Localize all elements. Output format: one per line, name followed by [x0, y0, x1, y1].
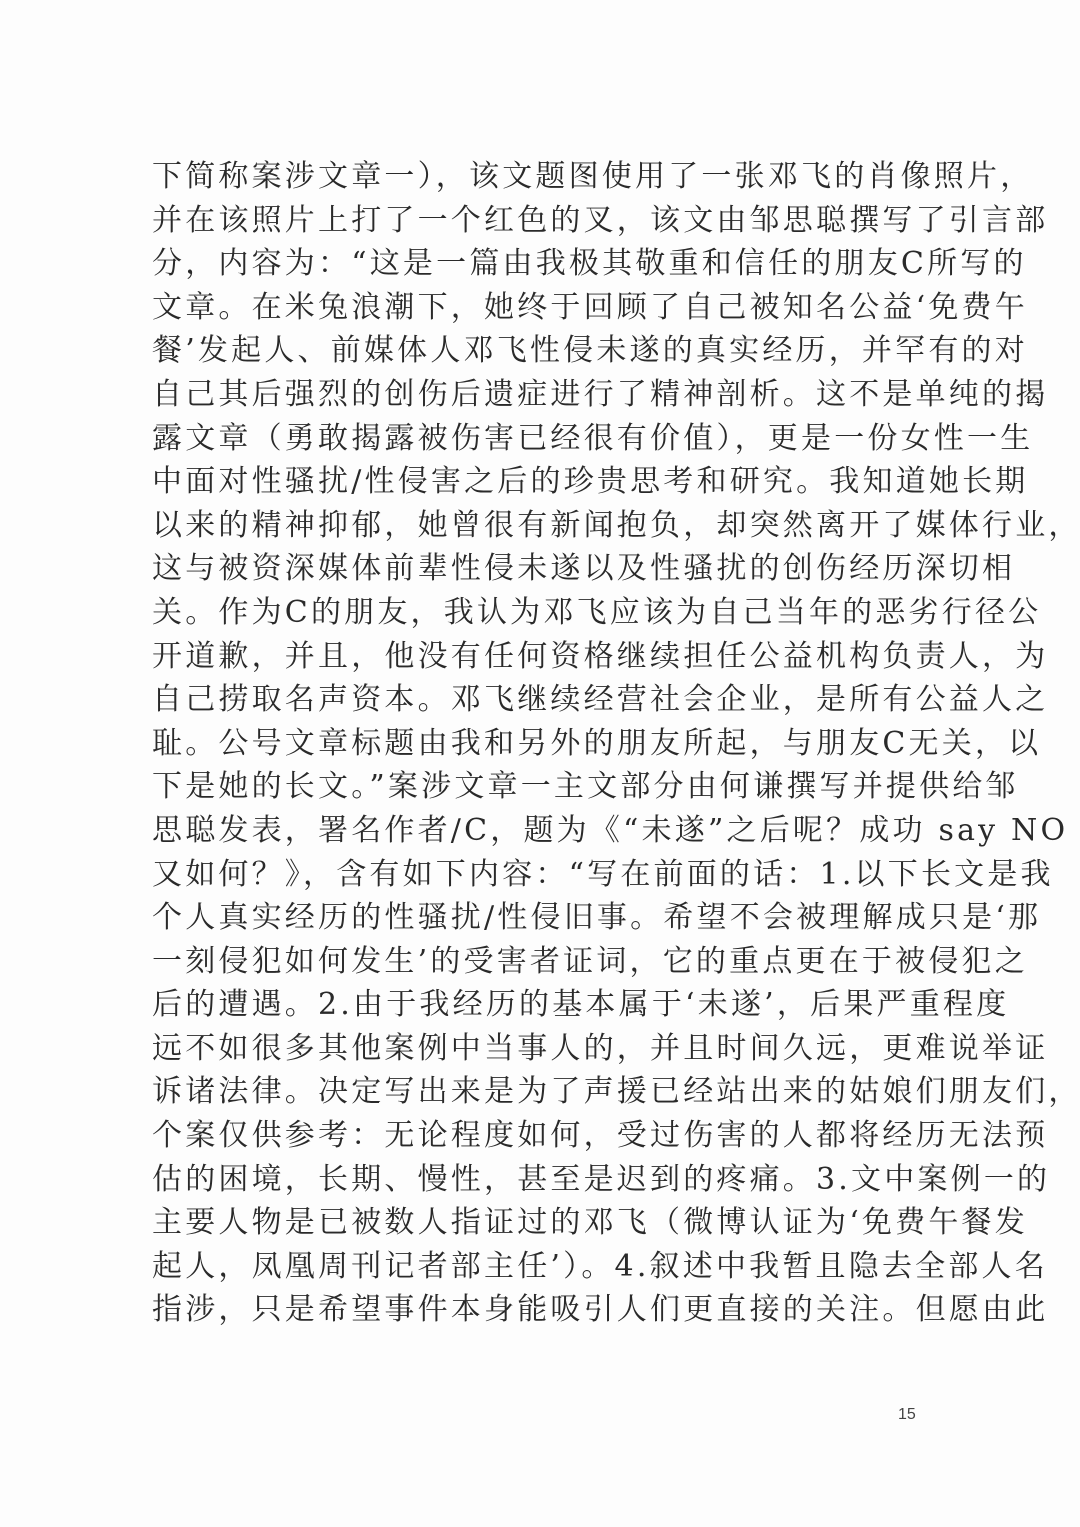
page-number: 15	[898, 1406, 916, 1424]
text-line: 耻。公号文章标题由我和另外的朋友所起，与朋友C无关，以	[152, 722, 932, 766]
text-line: 露文章（勇敢揭露被伤害已经很有价值），更是一份女性一生	[152, 417, 932, 461]
text-line: 以来的精神抑郁，她曾很有新闻抱负，却突然离开了媒体行业，	[152, 504, 932, 548]
text-line: 文章。在米兔浪潮下，她终于回顾了自己被知名公益‘免费午	[152, 286, 932, 330]
text-line: 诉诸法律。决定写出来是为了声援已经站出来的姑娘们朋友们，	[152, 1070, 932, 1114]
text-line: 自己其后强烈的创伤后遗症进行了精神剖析。这不是单纯的揭	[152, 373, 932, 417]
text-line: 个人真实经历的性骚扰/性侵旧事。希望不会被理解成只是‘那	[152, 896, 932, 940]
text-line: 主要人物是已被数人指证过的邓飞（微博认证为‘免费午餐发	[152, 1201, 932, 1245]
text-line: 开道歉，并且，他没有任何资格继续担任公益机构负责人，为	[152, 635, 932, 679]
text-line: 这与被资深媒体前辈性侵未遂以及性骚扰的创伤经历深切相	[152, 547, 932, 591]
text-line: 思聪发表，署名作者/C，题为《“未遂”之后呢？成功 say NO	[152, 809, 932, 853]
text-line: 估的困境，长期、慢性，甚至是迟到的疼痛。3.文中案例一的	[152, 1158, 932, 1202]
text-line: 起人，凤凰周刊记者部主任’）。4.叙述中我暂且隐去全部人名	[152, 1245, 932, 1289]
text-line: 指涉，只是希望事件本身能吸引人们更直接的关注。但愿由此	[152, 1288, 932, 1332]
text-line: 餐’发起人、前媒体人邓飞性侵未遂的真实经历，并罕有的对	[152, 329, 932, 373]
body-text: 下简称案涉文章一），该文题图使用了一张邓飞的肖像照片， 并在该照片上打了一个红色…	[152, 155, 932, 1332]
text-line: 远不如很多其他案例中当事人的，并且时间久远，更难说举证	[152, 1027, 932, 1071]
text-line: 一刻侵犯如何发生’的受害者证词，它的重点更在于被侵犯之	[152, 940, 932, 984]
text-line: 分，内容为：“这是一篇由我极其敬重和信任的朋友C所写的	[152, 242, 932, 286]
text-line: 并在该照片上打了一个红色的叉，该文由邹思聪撰写了引言部	[152, 199, 932, 243]
text-line: 后的遭遇。2.由于我经历的基本属于‘未遂’，后果严重程度	[152, 983, 932, 1027]
document-page: 下简称案涉文章一），该文题图使用了一张邓飞的肖像照片， 并在该照片上打了一个红色…	[0, 0, 1080, 1527]
text-line: 关。作为C的朋友，我认为邓飞应该为自己当年的恶劣行径公	[152, 591, 932, 635]
text-line: 又如何？》，含有如下内容：“写在前面的话：1.以下长文是我	[152, 853, 932, 897]
text-line: 下是她的长文。”案涉文章一主文部分由何谦撰写并提供给邹	[152, 765, 932, 809]
text-line: 中面对性骚扰/性侵害之后的珍贵思考和研究。我知道她长期	[152, 460, 932, 504]
text-line: 个案仅供参考：无论程度如何，受过伤害的人都将经历无法预	[152, 1114, 932, 1158]
text-line: 下简称案涉文章一），该文题图使用了一张邓飞的肖像照片，	[152, 155, 932, 199]
text-line: 自己捞取名声资本。邓飞继续经营社会企业，是所有公益人之	[152, 678, 932, 722]
